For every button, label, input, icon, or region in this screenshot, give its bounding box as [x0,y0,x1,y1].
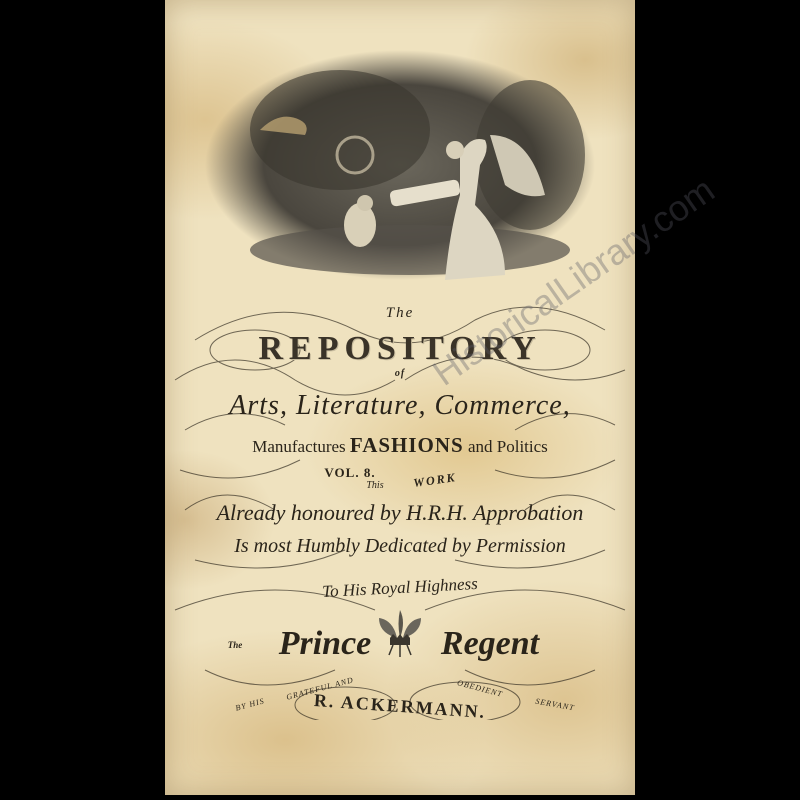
dedication-line-1: Already honoured by H.R.H. Approbation [165,500,635,526]
dedication-line-2: Is most Humbly Dedicated by Permission [165,535,635,558]
subtitle-emphasis: FASHIONS [350,433,464,457]
frontispiece-engraving [200,35,600,285]
main-title: REPOSITORY [165,330,635,368]
prince-of-wales-feathers-icon [375,608,425,658]
subtitle-suffix: and Politics [468,437,548,456]
of-label: of [165,368,635,379]
dedication-line-3: To His Royal Highness [165,566,635,611]
subtitle-line-1: Arts, Literature, Commerce, [165,390,635,422]
title-page: The REPOSITORY of Arts, Literature, Comm… [165,0,635,795]
subtitle-prefix: Manufactures [252,437,345,456]
